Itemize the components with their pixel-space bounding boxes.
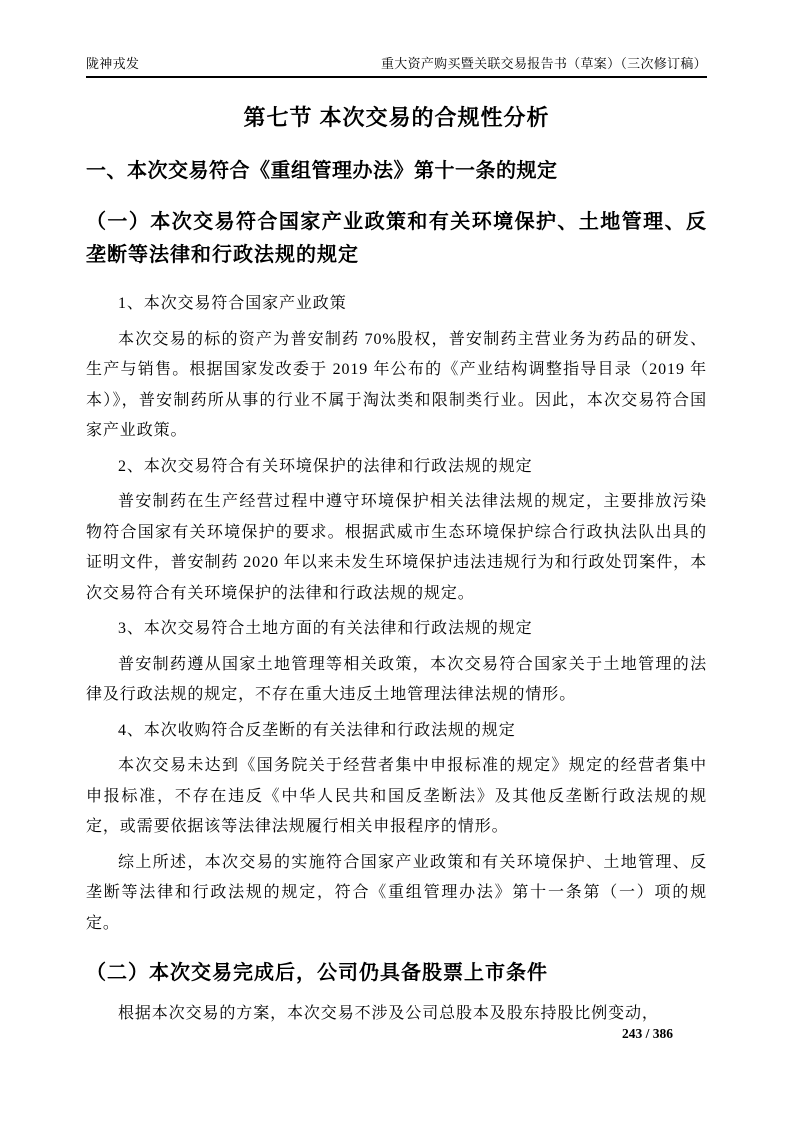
section-1-heading: 一、本次交易符合《重组管理办法》第十一条的规定: [86, 158, 707, 184]
header-company-name: 陇神戎发: [86, 55, 139, 73]
subsection-1-heading: （一）本次交易符合国家产业政策和有关环境保护、土地管理、反垄断等法律和行政法规的…: [86, 206, 707, 272]
item-2-paragraph: 普安制药在生产经营过程中遵守环境保护相关法律法规的规定，主要排放污染物符合国家有…: [86, 487, 707, 609]
subsection-2-paragraph: 根据本次交易的方案，本次交易不涉及公司总股本及股东持股比例变动，: [86, 999, 707, 1030]
subsection-2-heading: （二）本次交易完成后，公司仍具备股票上市条件: [86, 957, 707, 990]
page-number: 243 / 386: [622, 1026, 673, 1042]
item-3-paragraph: 普安制药遵从国家土地管理等相关政策，本次交易符合国家关于土地管理的法律及行政法规…: [86, 650, 707, 711]
header-document-title: 重大资产购买暨关联交易报告书（草案）（三次修订稿）: [381, 55, 707, 73]
item-3-heading: 3、本次交易符合土地方面的有关法律和行政法规的规定: [86, 614, 707, 645]
item-1-paragraph: 本次交易的标的资产为普安制药 70%股权，普安制药主营业务为药品的研发、生产与销…: [86, 325, 707, 447]
subsection-1-conclusion-paragraph: 综上所述，本次交易的实施符合国家产业政策和有关环境保护、土地管理、反垄断等法律和…: [86, 848, 707, 940]
item-2-heading: 2、本次交易符合有关环境保护的法律和行政法规的规定: [86, 452, 707, 483]
item-1-heading: 1、本次交易符合国家产业政策: [86, 289, 707, 320]
item-4-heading: 4、本次收购符合反垄断的有关法律和行政法规的规定: [86, 716, 707, 747]
chapter-title: 第七节 本次交易的合规性分析: [86, 104, 707, 132]
page-header: 陇神戎发 重大资产购买暨关联交易报告书（草案）（三次修订稿）: [86, 55, 707, 78]
item-4-paragraph: 本次交易未达到《国务院关于经营者集中申报标准的规定》规定的经营者集中申报标准，不…: [86, 751, 707, 843]
document-page: 陇神戎发 重大资产购买暨关联交易报告书（草案）（三次修订稿） 第七节 本次交易的…: [0, 0, 793, 1122]
